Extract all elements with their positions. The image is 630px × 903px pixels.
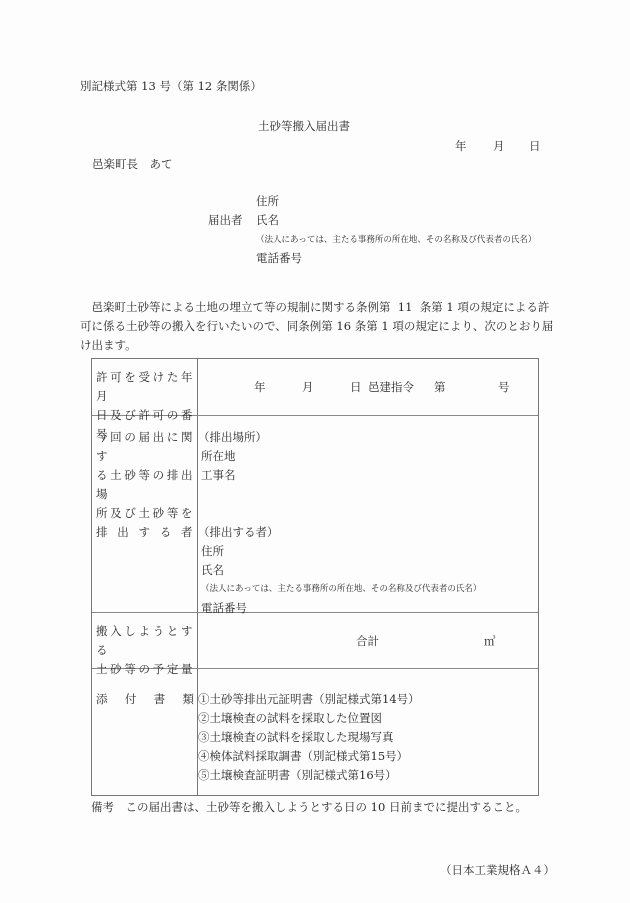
emitter-name-field[interactable]: 氏名 [198, 561, 534, 580]
label-line: 今回の届出に関す [96, 428, 194, 466]
volume-total-field[interactable]: 合計 ㎥ [201, 632, 534, 651]
body-line-1: 邑楽町土砂等による土地の埋立て等の規制に関する条例第 11 条第 1 項の規定に… [80, 298, 550, 317]
document-title: 土砂等搬入届出書 [258, 118, 350, 134]
table-row-permit: 許可を受けた年月 日及び許可の番号 年 月 日 邑建指令 第 号 [92, 359, 538, 416]
applicant-name-label[interactable]: 氏名 [256, 212, 279, 228]
label-line: 許可を受けた年月 [96, 368, 194, 406]
emitter-corporate-note: （法人にあっては、主たる事務所の所在地、その名称及び代表者の氏名） [198, 580, 534, 599]
remarks: 備考 この届出書は、土砂等を搬入しようとする日の 10 日前までに提出すること。 [91, 799, 527, 815]
permit-month-label: 月 [302, 378, 314, 397]
table-row-volume: 搬入しようとする 土砂等の予定量 合計 ㎥ [92, 613, 538, 669]
table-row-discharge: 今回の届出に関す る土砂等の排出場 所及び土砂等を 排出する者 （排出場所） 所… [92, 416, 538, 613]
label-line: る土砂等の排出場 [96, 466, 194, 504]
applicant-label: 届出者 [208, 212, 243, 228]
site-heading: （排出場所） [198, 428, 534, 447]
emitter-heading: （排出する者） [198, 523, 534, 542]
attachment-item: ②土壌検査の試料を採取した位置図 [198, 709, 534, 728]
date-month-label: 月 [493, 138, 505, 154]
permit-year-label: 年 [254, 378, 266, 397]
attachment-item: ①土砂等排出元証明書（別記様式第14号） [198, 690, 534, 709]
attachment-item: ⑤土壌検査証明書（別記様式第16号） [198, 766, 534, 785]
form-number: 別記様式第 13 号（第 12 条関係） [80, 78, 262, 94]
permit-no-suffix: 号 [498, 378, 510, 397]
permit-date-number-field[interactable]: 年 月 日 邑建指令 第 号 [201, 378, 534, 397]
attachment-item: ③土壌検査の試料を採取した現場写真 [198, 728, 534, 747]
applicant-phone-label[interactable]: 電話番号 [256, 250, 302, 266]
label-line: 所及び土砂等を [96, 504, 194, 523]
permit-day-label: 日 [350, 378, 362, 397]
attachments-list: ①土砂等排出元証明書（別記様式第14号） ②土壌検査の試料を採取した位置図 ③土… [198, 690, 534, 785]
discharge-label: 今回の届出に関す る土砂等の排出場 所及び土砂等を 排出する者 [96, 428, 194, 542]
site-project-field[interactable]: 工事名 [198, 466, 534, 485]
applicant-address-label[interactable]: 住所 [256, 193, 279, 209]
body-line-3: け出ます。 [80, 336, 550, 355]
addressee: 邑楽町長 あて [92, 156, 173, 172]
label-line: 搬入しようとする [96, 622, 194, 660]
volume-total-label: 合計 [356, 632, 379, 651]
paper-size-footer: （日本工業規格Ａ４） [440, 862, 555, 878]
discharge-content: （排出場所） 所在地 工事名 （排出する者） 住所 氏名 （法人にあっては、主た… [198, 428, 534, 618]
table-row-attachments: 添付書類 ①土砂等排出元証明書（別記様式第14号） ②土壌検査の試料を採取した位… [92, 669, 538, 795]
site-location-field[interactable]: 所在地 [198, 447, 534, 466]
volume-unit: ㎥ [484, 632, 496, 651]
attachments-label: 添付書類 [96, 690, 194, 709]
body-line-2: 可に係る土砂等の搬入を行いたいので、同条例第 16 条第 1 項の規定により、次… [80, 317, 550, 336]
permit-no-prefix: 第 [434, 378, 446, 397]
emitter-address-field[interactable]: 住所 [198, 542, 534, 561]
permit-prefix: 邑建指令 [368, 378, 414, 397]
attachment-item: ④検体試料採取調書（別記様式第15号） [198, 747, 534, 766]
body-paragraph: 邑楽町土砂等による土地の埋立て等の規制に関する条例第 11 条第 1 項の規定に… [80, 298, 550, 355]
date-day-label: 日 [529, 138, 541, 154]
date-year-label: 年 [455, 138, 467, 154]
notification-table: 許可を受けた年月 日及び許可の番号 年 月 日 邑建指令 第 号 今回の届出に関… [91, 358, 539, 796]
label-line: 排出する者 [96, 523, 194, 542]
applicant-corporate-note: （法人にあっては、主たる事務所の所在地、その名称及び代表者の氏名） [256, 233, 536, 245]
